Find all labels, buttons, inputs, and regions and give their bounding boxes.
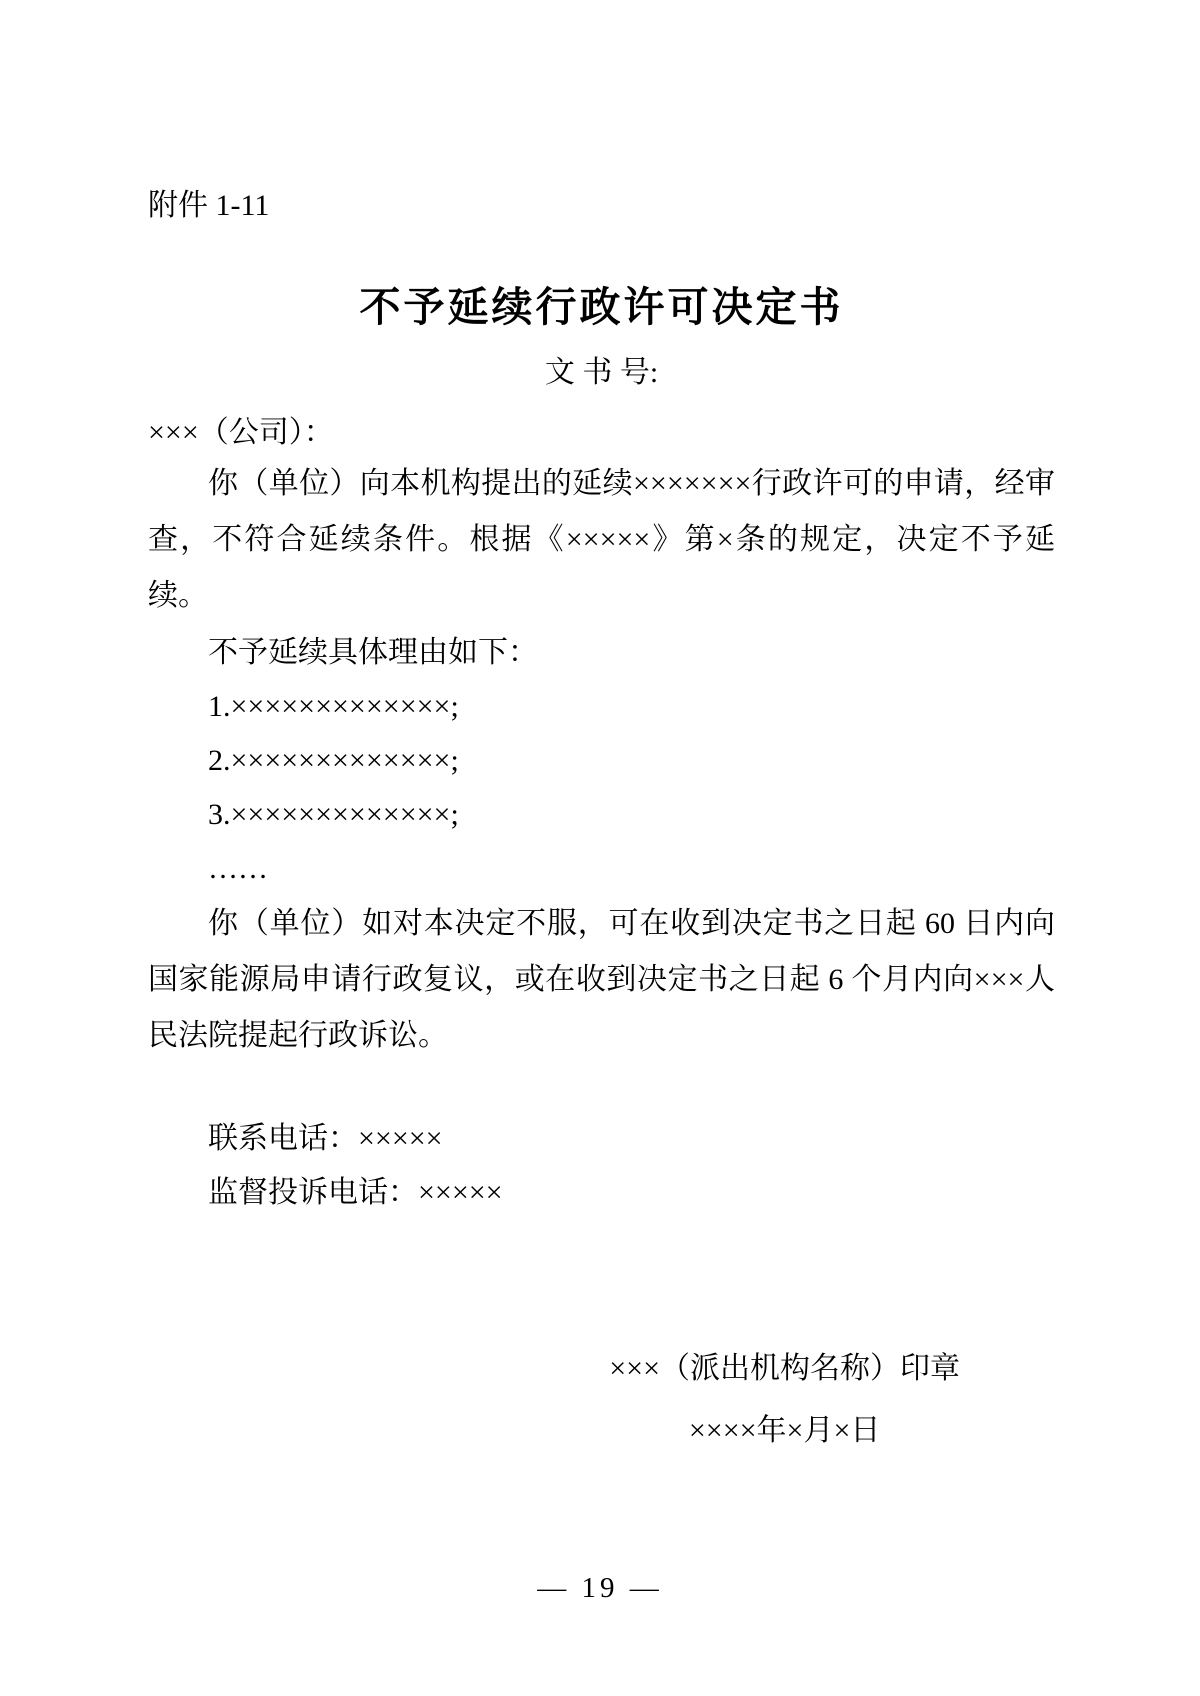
reason-item-2: 2.×××××××××××××; — [148, 734, 1055, 788]
page-number: — 19 — — [0, 1572, 1200, 1605]
recipient-line: ×××（公司）： — [148, 410, 1055, 456]
reasons-intro-line: 不予延续具体理由如下： — [148, 626, 1055, 680]
paragraph-appeal-rights: 你（单位）如对本决定不服，可在收到决定书之日起 60 日内向国家能源局申请行政复… — [148, 896, 1055, 1064]
document-title: 不予延续行政许可决定书 — [148, 282, 1055, 332]
doc-number-label: 文 书 号: — [148, 352, 1055, 394]
issue-date-line: ××××年×月×日 — [609, 1400, 960, 1462]
signature-block: ×××（派出机构名称）印章 ××××年×月×日 — [609, 1338, 960, 1462]
reasons-ellipsis-line: …… — [148, 842, 1055, 896]
attachment-label: 附件 1-11 — [148, 186, 1055, 226]
reason-item-3: 3.×××××××××××××; — [148, 788, 1055, 842]
reason-item-1: 1.×××××××××××××; — [148, 680, 1055, 734]
paragraph-application-review: 你（单位）向本机构提出的延续×××××××行政许可的申请，经审查，不符合延续条件… — [148, 456, 1055, 624]
document-page: 附件 1-11 不予延续行政许可决定书 文 书 号: ×××（公司）： 你（单位… — [0, 0, 1200, 1696]
complaint-phone-line: 监督投诉电话：××××× — [148, 1166, 1055, 1220]
contact-block: 联系电话：××××× 监督投诉电话：××××× — [148, 1112, 1055, 1220]
issuer-seal-line: ×××（派出机构名称）印章 — [609, 1338, 960, 1400]
contact-phone-line: 联系电话：××××× — [148, 1112, 1055, 1166]
